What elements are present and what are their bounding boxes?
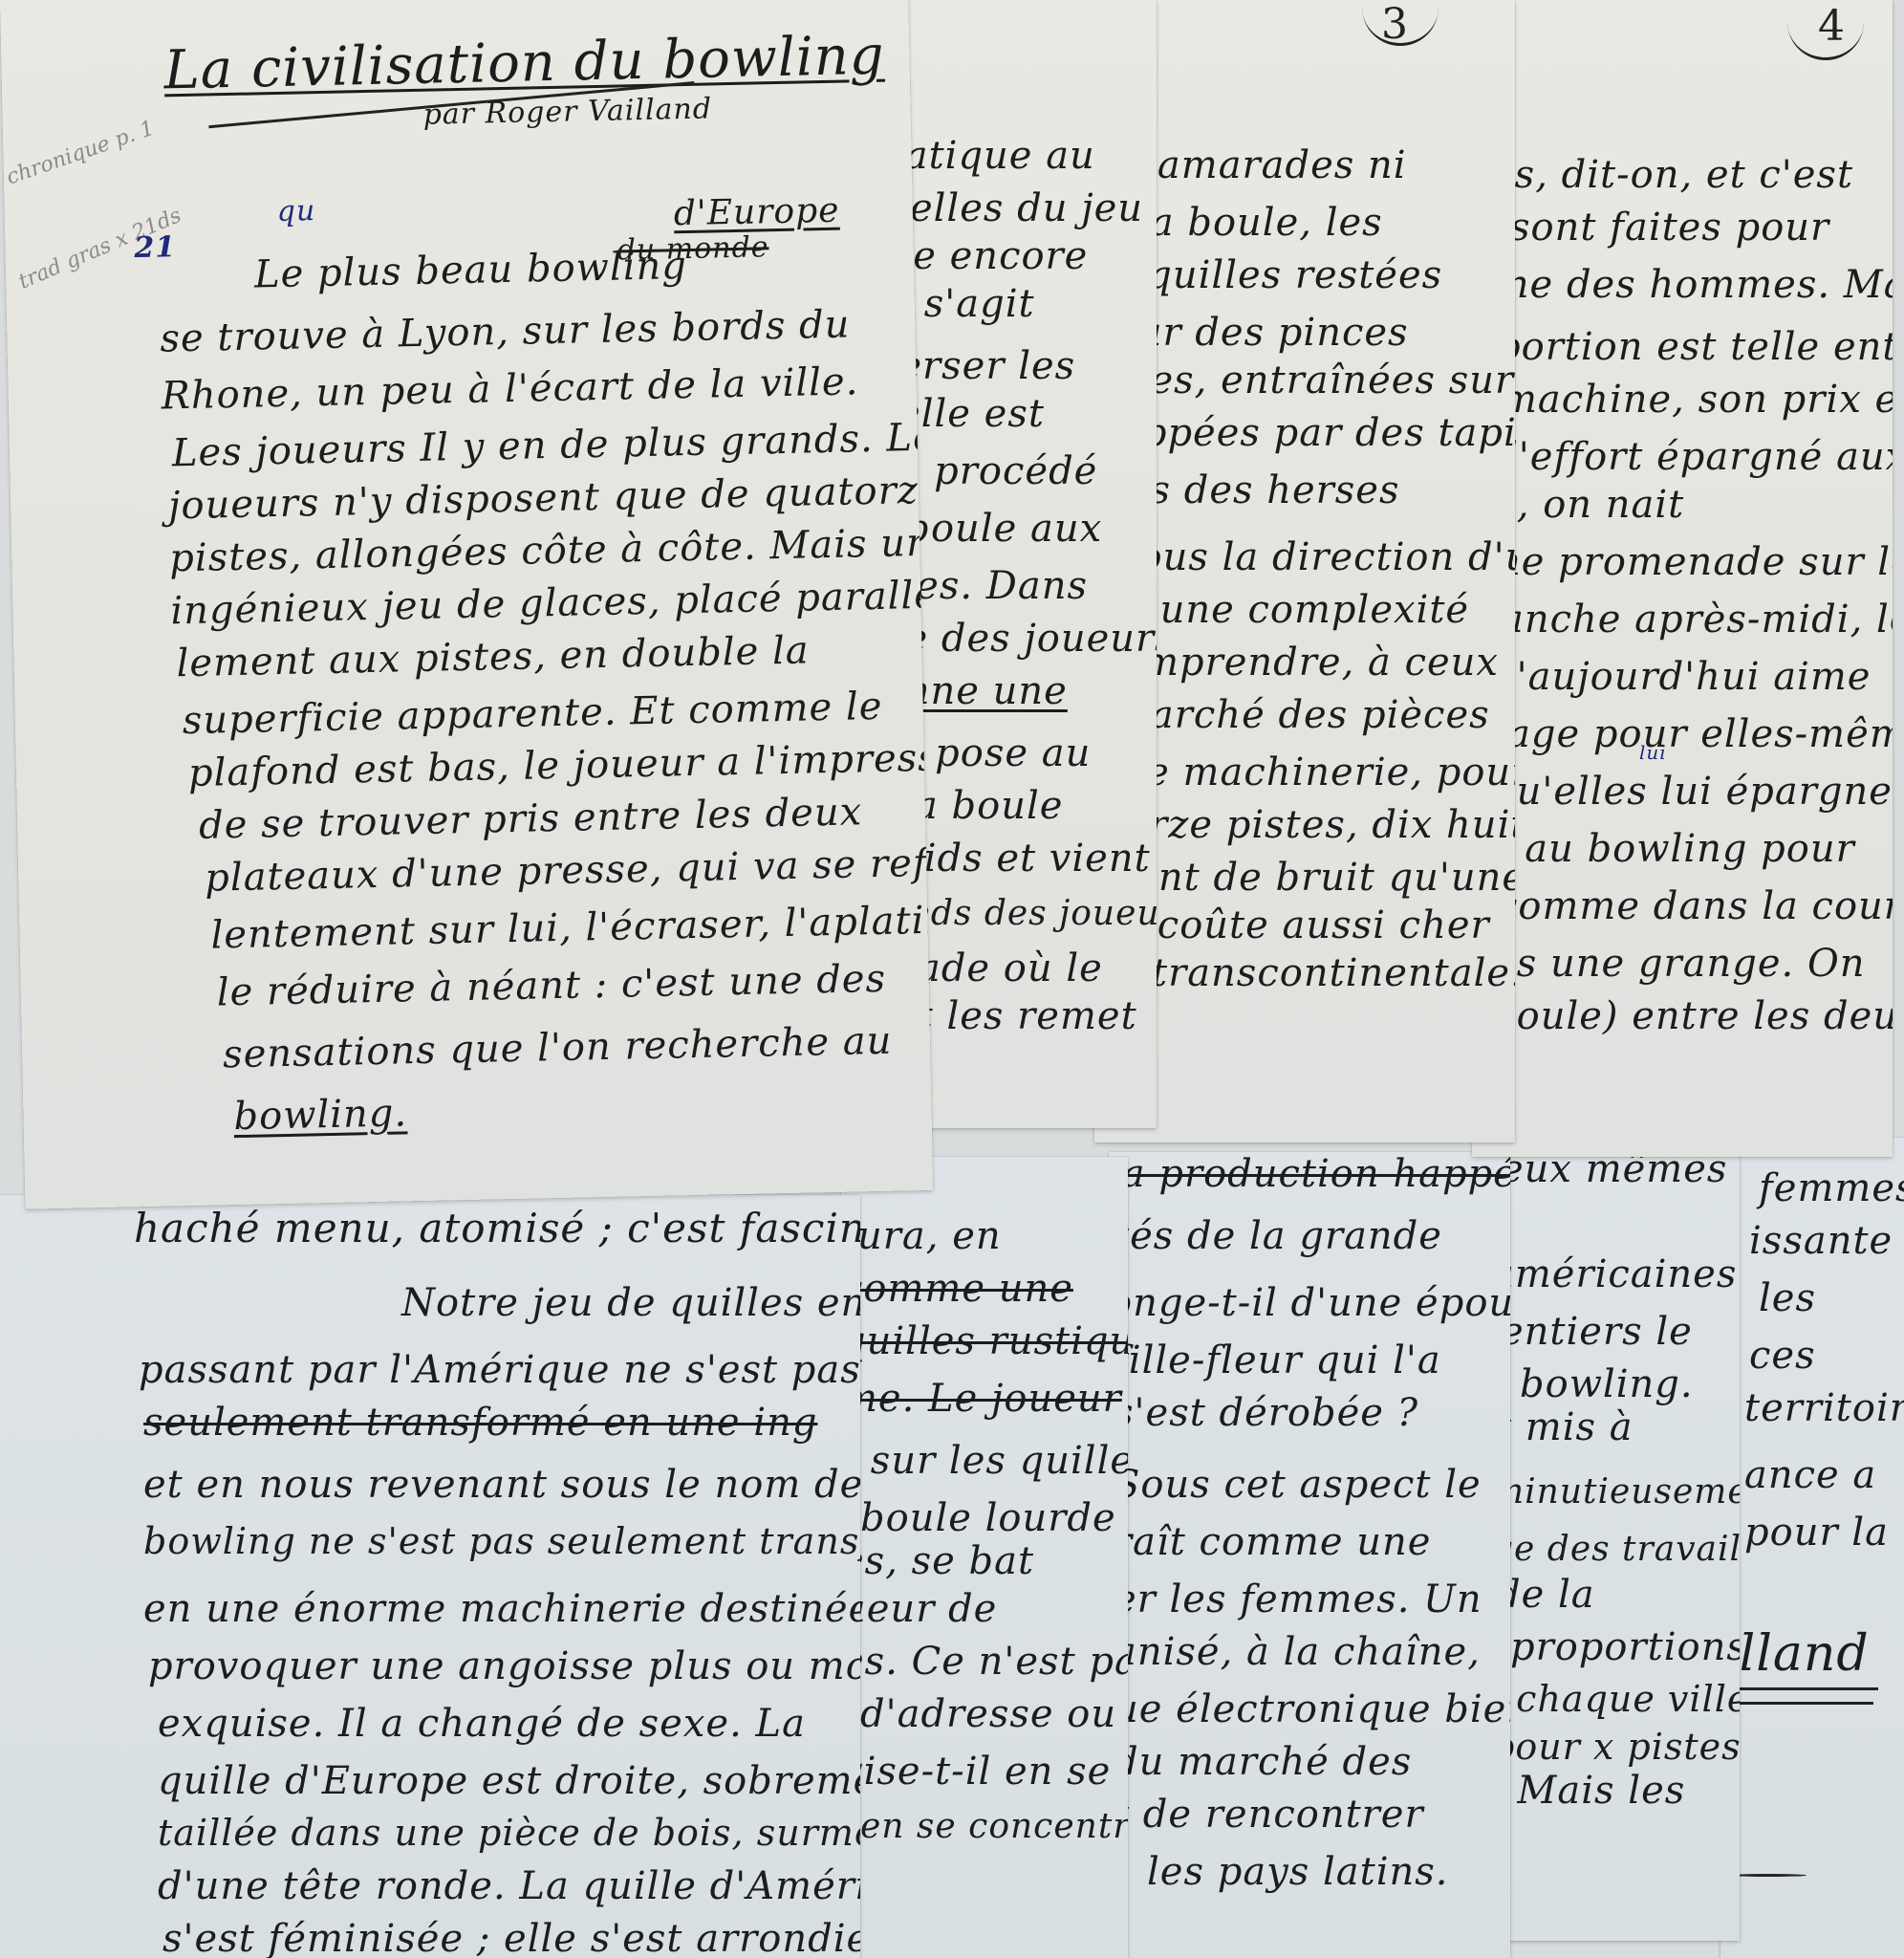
text-line: boule lourde [860, 1496, 1116, 1540]
text-line: portion est telle entre [1496, 325, 1893, 369]
text-line: omprendre, à ceux [1118, 641, 1499, 685]
text-line: ge des travailleurs, [1491, 1530, 1740, 1569]
text-line: d'aujourd'hui aime [1491, 655, 1871, 699]
text-line: la boule, les [1137, 201, 1383, 245]
text-line: transcontinentale. [1152, 951, 1515, 995]
text-line: lées, entraînées sur [1114, 359, 1514, 402]
text-line: tte machinerie, pour [1114, 751, 1515, 794]
text-line-struck: quilles rustiques [841, 1319, 1128, 1363]
text-line: ance a [1744, 1453, 1876, 1497]
text-line: torze pistes, dix huit [1109, 803, 1515, 847]
text-line: et en nous revenant sous le nom de [143, 1463, 860, 1507]
text-line: , chaque ville [1491, 1678, 1740, 1720]
text-line: quille d'Europe est droite, sobrement [158, 1759, 860, 1803]
text-line: boule) entre les deux [1491, 994, 1893, 1038]
text-line: Sous cet aspect le [1114, 1463, 1482, 1507]
text-line: marché des pièces [1114, 693, 1490, 737]
text-line: en se concentrant, [860, 1807, 1128, 1846]
text-line: territoire, [1744, 1386, 1904, 1430]
text-line: Le plus beau bowling [254, 244, 688, 296]
text-line: superficie apparente. Et comme le [182, 685, 882, 743]
text-line: passant par l'Amérique ne s'est pas [139, 1348, 860, 1392]
text-line-struck: me. Le joueur [841, 1377, 1122, 1421]
text-line: ns une grange. On [1491, 942, 1866, 986]
sheet-page4-bottom: eux mêmes américaines entiers le bowling… [1491, 1147, 1740, 1941]
text-line: exquise. Il a changé de sexe. La [158, 1702, 806, 1746]
text-line: ue électronique bien [1114, 1687, 1510, 1731]
text-line: pour x pistes. [1491, 1726, 1740, 1768]
blue-insertion: lui [1639, 741, 1667, 764]
text-line: raît comme une [1114, 1520, 1431, 1564]
text-line: comme dans la cour [1496, 884, 1893, 928]
text-line: et les remet [894, 994, 1137, 1038]
text-line: par des pinces [1114, 311, 1409, 355]
text-line: sensations que l'on recherche au [223, 1019, 893, 1077]
text-line: er les femmes. Un [1114, 1577, 1482, 1621]
text-line: ne promenade sur les [1496, 540, 1893, 584]
text-line: es, se bat [841, 1539, 1034, 1583]
page-number-arc [1787, 10, 1864, 60]
signature: illand [1722, 1625, 1870, 1683]
text-line: s'est féminisée ; elle s'est arrondie à [162, 1917, 860, 1958]
margin-number: 21 [134, 230, 176, 265]
text-line: tés de la grande [1114, 1214, 1442, 1258]
text-line: es. Ce n'est pas [841, 1640, 1128, 1684]
text-line: . Mais les [1491, 1769, 1685, 1813]
pencil-margin-note: chronique p. 1 [4, 117, 158, 190]
text-line: pour la [1744, 1511, 1889, 1555]
sheet-page1-top: La civilisation du bowling par Roger Vai… [0, 0, 933, 1209]
text-line: haché menu, atomisé ; c'est fascinant. [134, 1205, 860, 1251]
text-line: s'est dérobée ? [1114, 1391, 1418, 1435]
text-line: l'effort épargné aux [1505, 435, 1893, 479]
byline: par Roger Vailland [422, 92, 712, 131]
page-number-arc [1362, 5, 1439, 46]
text-line: anche après-midi, le [1501, 598, 1893, 642]
text-line: anisé, à la chaîne, [1114, 1630, 1481, 1674]
text-line: les pays latins. [1147, 1850, 1449, 1894]
text-line: de se trouver pris entre les deux [199, 790, 863, 848]
text-line: sont faites pour [1510, 206, 1829, 250]
text-line: tage pour elles-mêmes [1491, 712, 1893, 756]
text-line: t coûte aussi cher [1128, 903, 1490, 947]
sheet-page3-top: 3 i camarades ni la boule, les s quilles… [1094, 0, 1515, 1142]
text-line: entiers le [1501, 1310, 1693, 1354]
text-line: t sur les quilles [841, 1439, 1128, 1483]
text-line: ine des hommes. Mais [1491, 263, 1893, 307]
text-line-struck: seulement transformé en une ing [143, 1401, 817, 1445]
text-line: le réduire à néant : c'est une des [216, 957, 886, 1015]
text-line: d'une complexité [1123, 588, 1469, 632]
text-line: onge-t-il d'une épouse, [1109, 1281, 1510, 1325]
text-line: appées par des tapis [1118, 411, 1515, 455]
text-line: bowling. [1520, 1362, 1694, 1406]
text-line: Rhone, un peu à l'écart de la ville. [161, 359, 859, 418]
text-line: provoquer une angoisse plus ou moins [148, 1644, 860, 1688]
text-line-struck: comme une [841, 1267, 1073, 1311]
text-line: plafond est bas, le joueur a l'impressio… [188, 734, 934, 795]
sheet-page4-top: 4 es, dit-on, et c'est sont faites pour … [1472, 0, 1893, 1157]
text-line: tant de bruit qu'une [1118, 856, 1515, 900]
text-line-struck: la production happées [1109, 1152, 1510, 1196]
text-line: t mis à [1496, 1405, 1634, 1449]
text-line: d'une tête ronde. La quille d'Amérique [158, 1864, 860, 1908]
text-line: machine, son prix et [1501, 378, 1893, 422]
signature-underline-2 [1730, 1702, 1873, 1705]
text-line-underlined: bowling. [233, 1091, 408, 1139]
text-line: américaines [1491, 1252, 1737, 1296]
text-line: Les joueurs Il y en de plus grands. Les [171, 415, 933, 475]
text-line: lentement sur lui, l'écraser, l'aplatir [210, 899, 933, 958]
text-line: les [1759, 1276, 1816, 1320]
text-line: joueurs n'y disposent que de quatorze [168, 468, 934, 528]
text-line: pistes, allongées côte à côte. Mais un [169, 521, 932, 581]
sheet-page3-bottom: la production happées tés de la grande o… [1109, 1152, 1510, 1958]
text-line: proportions [1510, 1625, 1740, 1669]
insertion-europe: d'Europe [673, 191, 839, 234]
closing-stroke [1730, 1874, 1807, 1877]
text-line: qu'elles lui épargnent [1491, 770, 1893, 814]
text-line: se trouve à Lyon, sur les bords du [160, 302, 851, 360]
text-line: ces [1749, 1334, 1816, 1378]
text-line: lement aux pistes, en double la [176, 628, 810, 685]
document-title: La civilisation du bowling [163, 25, 885, 102]
text-line: taillée dans une pièce de bois, surmonté… [158, 1812, 860, 1854]
text-line: bowling ne s'est pas seulement transform… [143, 1520, 860, 1562]
text-line: es, dit-on, et c'est [1491, 153, 1853, 197]
text-line: ueur de [841, 1587, 997, 1631]
sheet-page5-bottom: femmes issante les ces territoire, ance … [1720, 1138, 1904, 1958]
insertion-qu: qu [276, 194, 315, 228]
text-line: en une énorme machinerie destinée à [143, 1587, 860, 1631]
sheet-page2-bottom: Jura, en comme une quilles rustiques me.… [841, 1157, 1128, 1958]
text-line: du marché des [1114, 1740, 1412, 1784]
text-line: ingénieux jeu de glaces, placé parallè- [170, 573, 933, 633]
text-line: d'adresse ou [860, 1692, 1116, 1736]
text-line: femmes [1759, 1166, 1904, 1210]
text-line: minutieusement [1491, 1472, 1740, 1512]
text-line: de la [1496, 1573, 1595, 1617]
text-line: fille-fleur qui l'a [1114, 1338, 1441, 1382]
text-line: vise-t-il en se [841, 1750, 1111, 1794]
text-line: s au bowling pour [1491, 827, 1855, 871]
text-line: sous la direction d'un [1118, 535, 1515, 579]
signature-underline [1730, 1687, 1878, 1690]
text-line: issante [1749, 1219, 1893, 1263]
text-line: Notre jeu de quilles en [401, 1281, 860, 1325]
text-line: s quilles restées [1114, 253, 1442, 297]
text-line: n, on nait [1491, 483, 1684, 527]
text-line: Jura, en [841, 1214, 1002, 1258]
text-line: t de rencontrer [1114, 1793, 1424, 1837]
text-line: plateaux d'une presse, qui va se referme… [205, 838, 933, 901]
sheet-page1-bottom: haché menu, atomisé ; c'est fascinant. N… [0, 1195, 860, 1958]
